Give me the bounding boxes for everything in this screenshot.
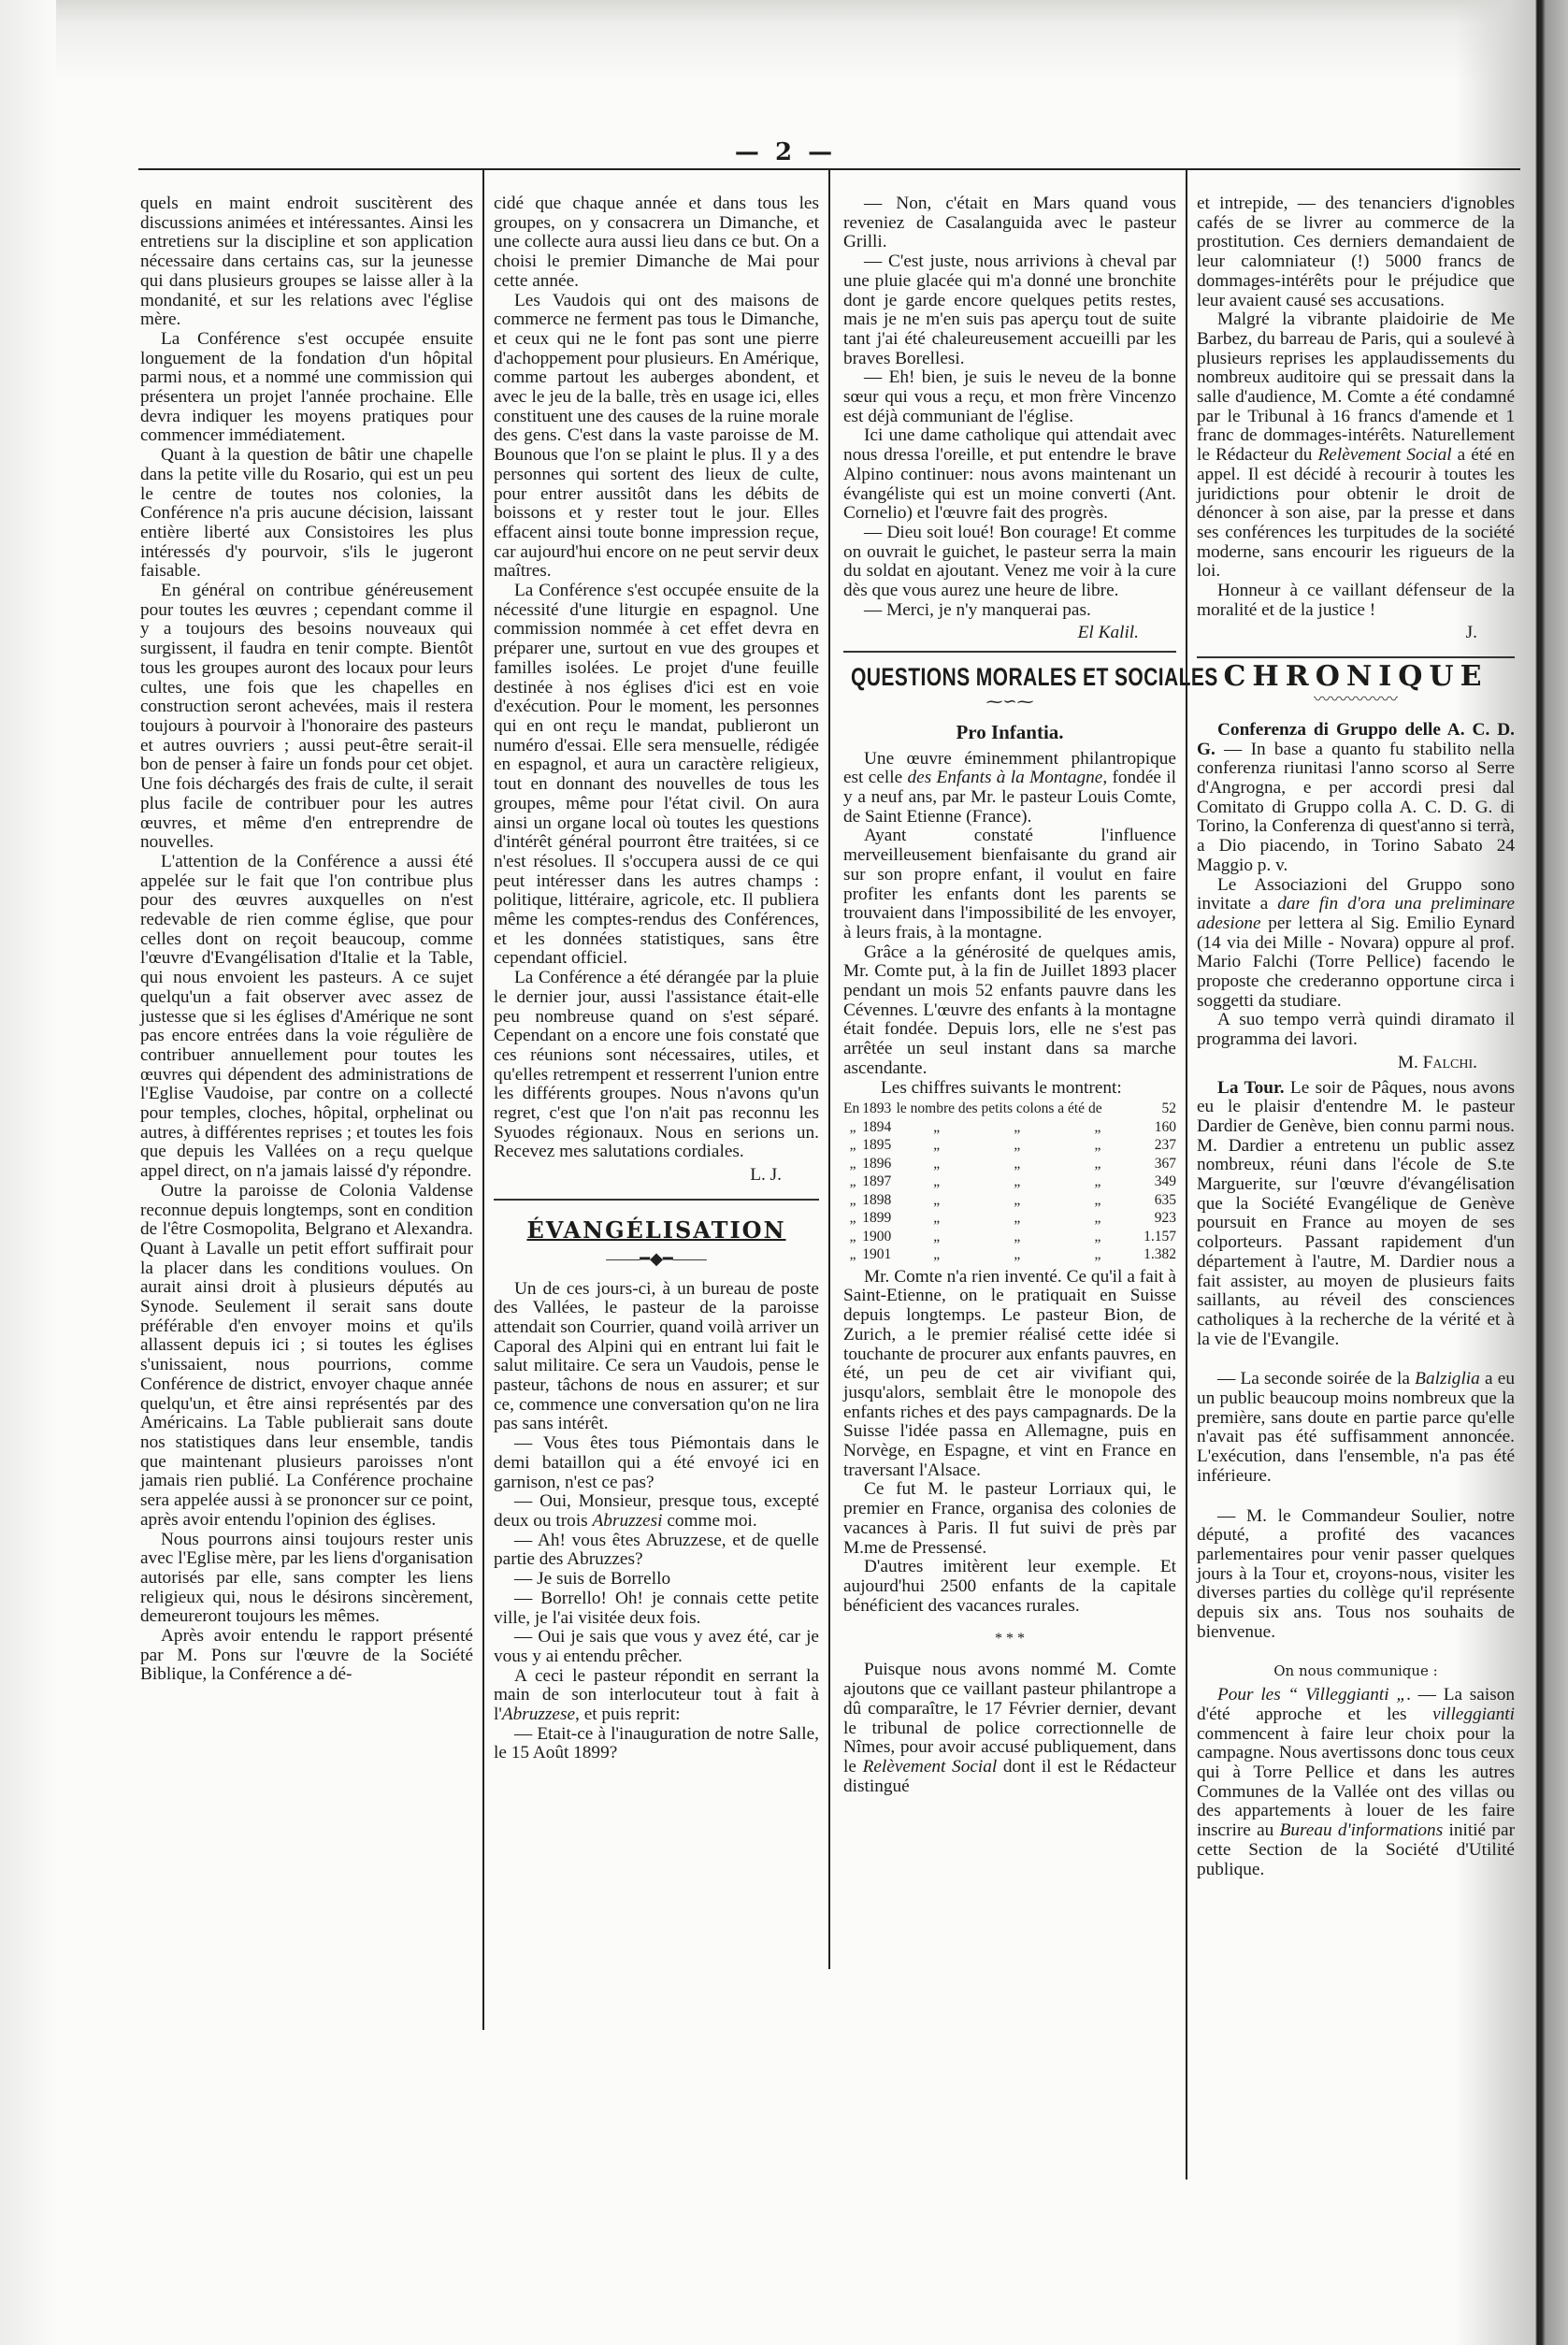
paragraph: Pour les “ Villeggianti „. — La saison d… bbox=[1197, 1686, 1515, 1879]
table-cell: „ bbox=[977, 1245, 1057, 1264]
table-cell: 1893 bbox=[862, 1100, 896, 1118]
italic-text: Bureau d'informations bbox=[1280, 1820, 1444, 1840]
signature: M. Falchi. bbox=[1197, 1054, 1515, 1073]
page-number: — 2 — bbox=[711, 138, 860, 166]
paragraph: Nous pourrons ainsi toujours rester unis… bbox=[140, 1531, 473, 1628]
bold-lead: La Tour. bbox=[1217, 1078, 1285, 1098]
table-cell: 1896 bbox=[862, 1155, 896, 1173]
italic-text: villeggianti bbox=[1432, 1705, 1515, 1724]
table-cell: „ bbox=[843, 1245, 862, 1264]
table-cell: „ bbox=[977, 1155, 1057, 1173]
table-row: En 1893 le nombre des petits colons a ét… bbox=[843, 1100, 1176, 1118]
scan-shadow-left bbox=[0, 0, 56, 2345]
table-cell: „ bbox=[843, 1155, 862, 1173]
table-cell: 160 bbox=[1138, 1118, 1176, 1137]
paragraph: D'autres imitèrent leur exemple. Et aujo… bbox=[843, 1558, 1176, 1616]
section-rule bbox=[1197, 656, 1515, 658]
table-cell: „ bbox=[897, 1209, 977, 1228]
table-cell: „ bbox=[843, 1172, 862, 1191]
table-cell: „ bbox=[897, 1245, 977, 1264]
ornament-divider: ——━◆━—— bbox=[494, 1250, 819, 1267]
table-cell: „ bbox=[843, 1118, 862, 1137]
paragraph: L'attention de la Conférence a aussi été… bbox=[140, 853, 473, 1182]
table-cell: 1895 bbox=[862, 1136, 896, 1155]
table-cell: „ bbox=[1057, 1245, 1138, 1264]
table-cell: „ bbox=[1057, 1155, 1138, 1173]
text: a été en appel. Il est décidé à recourir… bbox=[1197, 445, 1515, 581]
paragraph: et intrepide, — des tenanciers d'ignoble… bbox=[1197, 194, 1515, 310]
paragraph: Une œuvre éminemment philantropique est … bbox=[843, 750, 1176, 827]
paragraph: Quant à la question de bâtir une chapell… bbox=[140, 446, 473, 582]
italic-text: Balziglia bbox=[1415, 1369, 1480, 1388]
dialogue-line: — Oui, Monsieur, presque tous, excepté d… bbox=[494, 1492, 819, 1531]
table-cell: „ bbox=[977, 1228, 1057, 1246]
paragraph: Mr. Comte n'a rien inventé. Ce qu'il a f… bbox=[843, 1268, 1176, 1481]
section-title-chronique: CHRONIQUE bbox=[1197, 668, 1515, 687]
table-cell: „ bbox=[1057, 1136, 1138, 1155]
table-cell: „ bbox=[977, 1136, 1057, 1155]
table-row: „1901„„„1.382 bbox=[843, 1245, 1176, 1264]
table-cell: „ bbox=[977, 1172, 1057, 1191]
paragraph: Le Associazioni del Gruppo sono invitate… bbox=[1197, 876, 1515, 1012]
scan-shadow-top bbox=[0, 0, 1568, 84]
table-cell: „ bbox=[1057, 1172, 1138, 1191]
paragraph: Les chiffres suivants le montrent: bbox=[843, 1079, 1176, 1099]
section-rule bbox=[494, 1199, 819, 1201]
paragraph: quels en maint endroit suscitèrent des d… bbox=[140, 194, 473, 330]
paragraph: cidé que chaque année et dans tous les g… bbox=[494, 194, 819, 292]
paragraph: Ayant constaté l'influence merveilleusem… bbox=[843, 827, 1176, 942]
paragraph: A ceci le pasteur répondit en serrant la… bbox=[494, 1667, 819, 1725]
column-4: et intrepide, — des tenanciers d'ignoble… bbox=[1197, 194, 1515, 1879]
paragraph: A suo tempo verrà quindi diramato il pro… bbox=[1197, 1011, 1515, 1049]
column-divider-1 bbox=[482, 169, 484, 2030]
table-cell: „ bbox=[897, 1228, 977, 1246]
table-cell: 1901 bbox=[862, 1245, 896, 1264]
text: , et puis reprit: bbox=[575, 1705, 680, 1724]
dialogue-line: — Non, c'était en Mars quand vous reveni… bbox=[843, 194, 1176, 252]
table-cell: „ bbox=[897, 1136, 977, 1155]
paragraph: — M. le Commandeur Soulier, notre député… bbox=[1197, 1507, 1515, 1643]
signature: J. bbox=[1197, 624, 1515, 643]
dialogue-line: — Je suis de Borrello bbox=[494, 1570, 819, 1590]
table-cell: 237 bbox=[1138, 1136, 1176, 1155]
text: — La seconde soirée de la bbox=[1217, 1369, 1415, 1388]
table-cell: 923 bbox=[1138, 1209, 1176, 1228]
statistics-rows: „1894„„„160„1895„„„237„1896„„„367„1897„„… bbox=[843, 1118, 1176, 1264]
table-cell: 52 bbox=[1138, 1100, 1176, 1118]
statistics-table: En 1893 le nombre des petits colons a ét… bbox=[843, 1100, 1176, 1264]
column-1: quels en maint endroit suscitèrent des d… bbox=[140, 194, 473, 1685]
table-cell: le nombre des petits colons a été de bbox=[897, 1100, 1138, 1118]
table-row: „1895„„„237 bbox=[843, 1136, 1176, 1155]
table-cell: 1894 bbox=[862, 1118, 896, 1137]
dialogue-line: — Etait-ce à l'inauguration de notre Sal… bbox=[494, 1725, 819, 1763]
paragraph: Conferenza di Gruppo delle A. C. D. G. —… bbox=[1197, 721, 1515, 876]
paragraph: Ici une dame catholique qui attendait av… bbox=[843, 426, 1176, 524]
paragraph: Un de ces jours-ci, à un bureau de poste… bbox=[494, 1280, 819, 1435]
table-cell: „ bbox=[1057, 1191, 1138, 1210]
table-cell: „ bbox=[977, 1209, 1057, 1228]
article-subtitle: Pro Infantia. bbox=[843, 723, 1176, 742]
table-cell: „ bbox=[897, 1155, 977, 1173]
table-cell: „ bbox=[843, 1228, 862, 1246]
italic-text: des Enfants à la Montagne bbox=[908, 768, 1103, 787]
text: comme moi. bbox=[663, 1511, 757, 1531]
paragraph: Grâce a la générosité de quelques amis, … bbox=[843, 943, 1176, 1079]
italic-text: Pour les “ Villeggianti „ bbox=[1217, 1685, 1406, 1705]
paragraph: La Conférence a été dérangée par la plui… bbox=[494, 969, 819, 1162]
table-row: „1899„„„923 bbox=[843, 1209, 1176, 1228]
table-row: „1898„„„635 bbox=[843, 1191, 1176, 1210]
column-divider-2 bbox=[828, 169, 830, 1969]
dialogue-line: — Vous êtes tous Piémontais dans le demi… bbox=[494, 1434, 819, 1492]
ornament-divider: ⁓∽⁓ bbox=[843, 693, 1176, 710]
table-cell: 349 bbox=[1138, 1172, 1176, 1191]
spacer bbox=[1197, 1349, 1515, 1370]
paragraph: Puisque nous avons nommé M. Comte ajouto… bbox=[843, 1661, 1176, 1796]
dialogue-line: — C'est juste, nous arrivions à cheval p… bbox=[843, 252, 1176, 368]
table-cell: „ bbox=[843, 1191, 862, 1210]
table-row: „1896„„„367 bbox=[843, 1155, 1176, 1173]
text: Malgré la vibrante plaidoirie de Me Barb… bbox=[1197, 309, 1515, 465]
asterism-divider: * * * bbox=[843, 1633, 1176, 1646]
table-cell: „ bbox=[1057, 1228, 1138, 1246]
text: — In base a quanto fu stabilito nella co… bbox=[1197, 740, 1515, 875]
dialogue-line: — Ah! vous êtes Abruzzese, et de quelle … bbox=[494, 1532, 819, 1570]
table-cell: 367 bbox=[1138, 1155, 1176, 1173]
paragraph: Outre la paroisse de Colonia Valdense re… bbox=[140, 1182, 473, 1531]
dialogue-line: — Eh! bien, je suis le neveu de la bonne… bbox=[843, 368, 1176, 426]
table-cell: 1897 bbox=[862, 1172, 896, 1191]
table-cell: 635 bbox=[1138, 1191, 1176, 1210]
table-cell: „ bbox=[977, 1191, 1057, 1210]
table-cell: „ bbox=[1057, 1209, 1138, 1228]
table-cell: 1.157 bbox=[1138, 1228, 1176, 1246]
paragraph: En général on contribue généreusement po… bbox=[140, 582, 473, 853]
spacer bbox=[1197, 1487, 1515, 1507]
column-divider-3 bbox=[1186, 169, 1187, 2180]
table-cell: En bbox=[843, 1100, 862, 1118]
table-cell: „ bbox=[843, 1209, 862, 1228]
table-row: „1900„„„1.157 bbox=[843, 1228, 1176, 1246]
table-row: „1894„„„160 bbox=[843, 1118, 1176, 1137]
italic-text: Relèvement Social bbox=[863, 1757, 998, 1777]
paragraph: — La seconde soirée de la Balziglia a eu… bbox=[1197, 1370, 1515, 1486]
section-rule bbox=[843, 651, 1176, 653]
table-cell: 1899 bbox=[862, 1209, 896, 1228]
column-3: — Non, c'était en Mars quand vous reveni… bbox=[843, 194, 1176, 1796]
italic-text: Abruzzesi bbox=[593, 1511, 663, 1531]
table-cell: 1898 bbox=[862, 1191, 896, 1210]
paragraph: La Tour. Le soir de Pâques, nous avons e… bbox=[1197, 1079, 1515, 1350]
signature: L. J. bbox=[494, 1166, 819, 1186]
paragraph: La Conférence s'est occupée ensuite de l… bbox=[494, 582, 819, 969]
table-cell: „ bbox=[977, 1118, 1057, 1137]
paragraph: Après avoir entendu le rapport présenté … bbox=[140, 1627, 473, 1685]
paragraph: Les Vaudois qui ont des maisons de comme… bbox=[494, 292, 819, 583]
dialogue-line: — Merci, je n'y manquerai pas. bbox=[843, 601, 1176, 621]
dialogue-line: — Oui je sais que vous y avez été, car j… bbox=[494, 1628, 819, 1666]
table-cell: „ bbox=[897, 1172, 977, 1191]
table-cell: „ bbox=[1057, 1118, 1138, 1137]
table-cell: „ bbox=[897, 1118, 977, 1137]
column-2: cidé que chaque année et dans tous les g… bbox=[494, 194, 819, 1763]
communique-label: On nous communique : bbox=[1197, 1662, 1515, 1681]
table-cell: 1.382 bbox=[1138, 1245, 1176, 1264]
section-title-questions: QUESTIONS MORALES ET SOCIALES bbox=[851, 668, 1169, 687]
table-cell: „ bbox=[897, 1191, 977, 1210]
table-cell: 1900 bbox=[862, 1228, 896, 1246]
section-title-evangelisation: ÉVANGÉLISATION bbox=[494, 1221, 819, 1241]
italic-text: Relèvement Social bbox=[1318, 445, 1452, 465]
signature: El Kalil. bbox=[843, 624, 1176, 643]
italic-text: Abruzzese bbox=[502, 1705, 575, 1724]
paragraph: Ce fut M. le pasteur Lorriaux qui, le pr… bbox=[843, 1480, 1176, 1558]
paragraph: Malgré la vibrante plaidoirie de Me Barb… bbox=[1197, 310, 1515, 582]
dialogue-line: — Dieu soit loué! Bon courage! Et comme … bbox=[843, 524, 1176, 601]
ornament-divider: 〰〰〰〰〰 bbox=[1197, 691, 1515, 708]
paragraph: La Conférence s'est occupée ensuite long… bbox=[140, 330, 473, 446]
table-row: „1897„„„349 bbox=[843, 1172, 1176, 1191]
text: Le soir de Pâques, nous avons eu le plai… bbox=[1197, 1078, 1515, 1349]
table-cell: „ bbox=[843, 1136, 862, 1155]
dialogue-line: — Borrello! Oh! je connais cette petite … bbox=[494, 1590, 819, 1628]
paragraph: Honneur à ce vaillant défenseur de la mo… bbox=[1197, 582, 1515, 620]
